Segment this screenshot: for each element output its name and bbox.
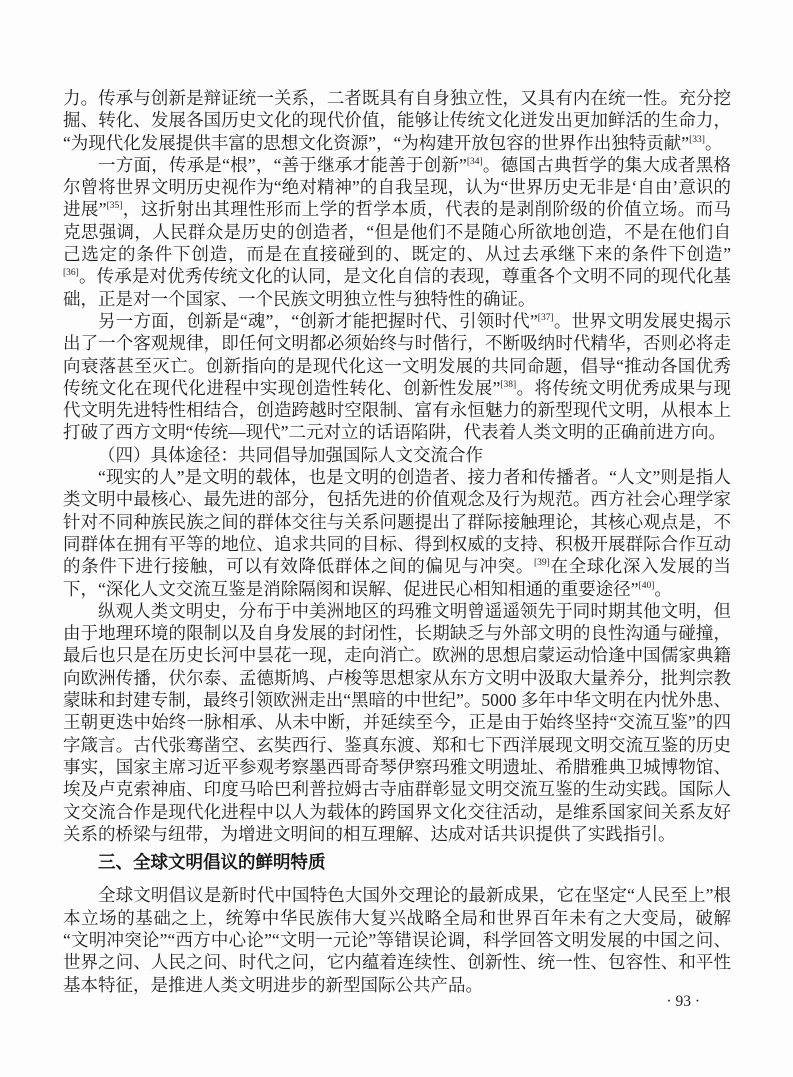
subsection-heading: （四）具体途径：共同倡导加强国际人文交流合作 bbox=[63, 444, 731, 466]
footnote-ref: [33] bbox=[689, 135, 705, 145]
footnote-ref: [35] bbox=[107, 202, 123, 212]
paragraph: 全球文明倡议是新时代中国特色大国外交理论的最新成果，它在坚定“人民至上”根本立场… bbox=[63, 884, 731, 995]
paragraph: 一方面，传承是“根”，“善于继承才能善于创新”[34]。德国古典哲学的集大成者黑… bbox=[63, 154, 731, 310]
paragraph: 另一方面，创新是“魂”，“创新才能把握时代、引领时代”[37]。世界文明发展史揭… bbox=[63, 310, 731, 444]
footnote-ref: [39] bbox=[534, 558, 550, 568]
page-number: · 93 · bbox=[666, 992, 700, 1012]
footnote-ref: [37] bbox=[538, 313, 554, 323]
document-page: 力。传承与创新是辩证统一关系，二者既具有自身独立性，又具有内在统一性。充分挖掘、… bbox=[0, 0, 793, 1077]
footnote-ref: [36] bbox=[63, 269, 79, 279]
paragraph: 力。传承与创新是辩证统一关系，二者既具有自身独立性，又具有内在统一性。充分挖掘、… bbox=[63, 87, 731, 154]
section-heading: 三、全球文明倡议的鲜明特质 bbox=[63, 851, 731, 873]
footnote-ref: [38] bbox=[500, 380, 516, 390]
footnote-ref: [34] bbox=[467, 157, 483, 167]
paragraph: “现实的人”是文明的载体，也是文明的创造者、接力者和传播者。“人文”则是指人类文… bbox=[63, 466, 731, 600]
article-body: 力。传承与创新是辩证统一关系，二者既具有自身独立性，又具有内在统一性。充分挖掘、… bbox=[63, 87, 731, 996]
footnote-ref: [40] bbox=[639, 581, 655, 591]
paragraph: 纵观人类文明史，分布于中美洲地区的玛雅文明曾遥遥领先于同时期其他文明，但由于地理… bbox=[63, 600, 731, 845]
